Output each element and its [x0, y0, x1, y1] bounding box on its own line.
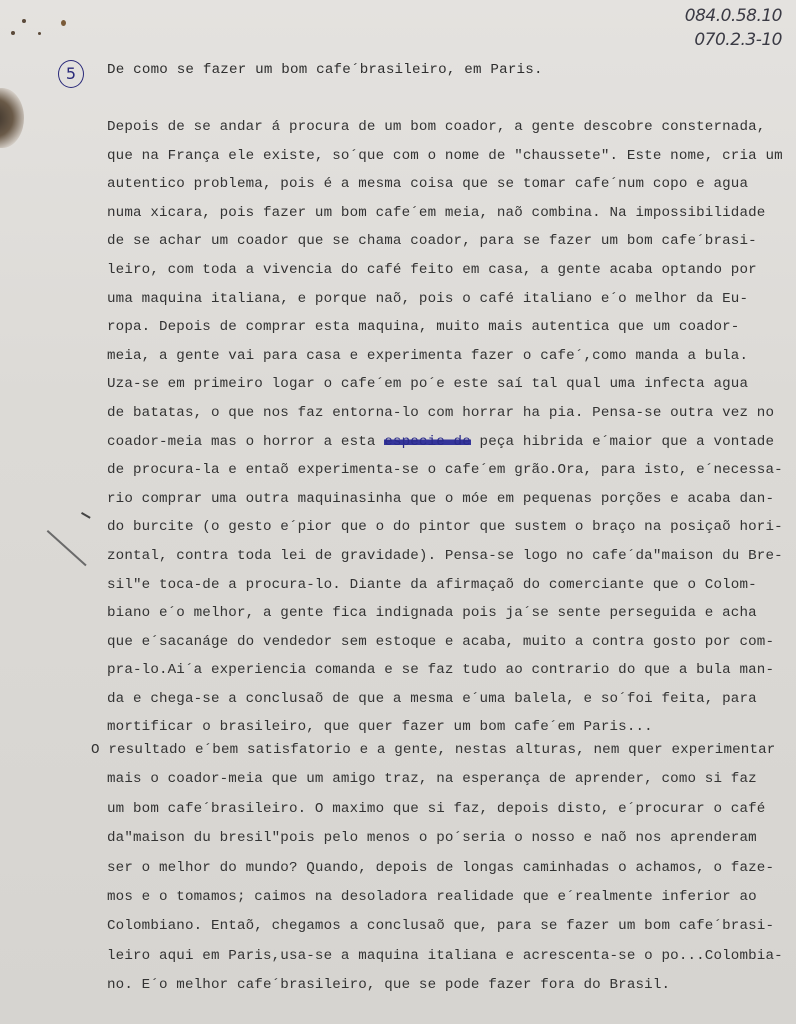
text-line: do burcite (o gesto e´pior que o do pint… [107, 519, 787, 548]
text-line: meia, a gente vai para casa e experiment… [107, 348, 787, 377]
archive-code: 070.2.3-10 [685, 28, 782, 52]
text-line: que na França ele existe, so´que com o n… [107, 148, 787, 177]
staple-hole [22, 19, 26, 23]
text-line: Uza-se em primeiro logar o cafe´em po´e … [107, 376, 787, 405]
text-line: da"maison du bresil"pois pelo menos o po… [107, 830, 787, 859]
text-line: leiro aqui em Paris,usa-se a maquina ita… [107, 948, 787, 977]
text-segment: peça hibrida e´maior que a vontade [471, 434, 774, 450]
text-line: sil"e toca-de a procura-lo. Diante da af… [107, 577, 787, 606]
text-line: que e´sacanáge do vendedor sem estoque e… [107, 634, 787, 663]
text-line: Colombiano. Entaõ, chegamos a conclusaõ … [107, 918, 787, 947]
text-line: Depois de se andar á procura de um bom c… [107, 119, 787, 148]
document-page: 084.0.58.10 070.2.3-10 5 De como se faze… [0, 0, 796, 1024]
archive-code: 084.0.58.10 [685, 4, 782, 28]
text-line: leiro, com toda a vivencia do café feito… [107, 262, 787, 291]
text-line: rio comprar uma outra maquinasinha que o… [107, 491, 787, 520]
struck-through-text: especie de [384, 434, 471, 450]
archive-reference: 084.0.58.10 070.2.3-10 [685, 4, 782, 52]
text-line: ropa. Depois de comprar esta maquina, mu… [107, 319, 787, 348]
text-line: de se achar um coador que se chama coado… [107, 233, 787, 262]
text-line: pra-lo.Ai´a experiencia comanda e se faz… [107, 662, 787, 691]
pen-stroke [47, 530, 87, 566]
text-line: autentico problema, pois é a mesma coisa… [107, 176, 787, 205]
staple-hole [38, 32, 41, 35]
text-line: de procura-la e entaõ experimenta-se o c… [107, 462, 787, 491]
page-number-circled: 5 [58, 60, 84, 88]
text-line: numa xicara, pois fazer um bom cafe´em m… [107, 205, 787, 234]
pen-tick [81, 512, 91, 519]
text-line: de batatas, o que nos faz entorna-lo com… [107, 405, 787, 434]
document-title: De como se fazer um bom cafe´brasileiro,… [107, 62, 543, 78]
text-line: ser o melhor do mundo? Quando, depois de… [107, 860, 787, 889]
text-line: mais o coador-meia que um amigo traz, na… [107, 771, 787, 800]
document-body: Depois de se andar á procura de um bom c… [107, 119, 787, 1007]
text-line: da e chega-se a conclusaõ de que a mesma… [107, 691, 787, 720]
text-line: zontal, contra toda lei de gravidade). P… [107, 548, 787, 577]
staple-hole [11, 31, 15, 35]
text-line: uma maquina italiana, e porque naõ, pois… [107, 291, 787, 320]
text-line: coador-meia mas o horror a esta especie … [107, 434, 787, 463]
text-line: no. E´o melhor cafe´brasileiro, que se p… [107, 977, 787, 1006]
text-line: biano e´o melhor, a gente fica indignada… [107, 605, 787, 634]
burn-stain [0, 88, 24, 148]
staple-hole [61, 20, 66, 26]
text-line: O resultado e´bem satisfatorio e a gente… [91, 742, 787, 771]
text-line: um bom cafe´brasileiro. O maximo que si … [107, 801, 787, 830]
text-line: mos e o tomamos; caimos na desoladora re… [107, 889, 787, 918]
text-segment: coador-meia mas o horror a esta [107, 434, 384, 450]
